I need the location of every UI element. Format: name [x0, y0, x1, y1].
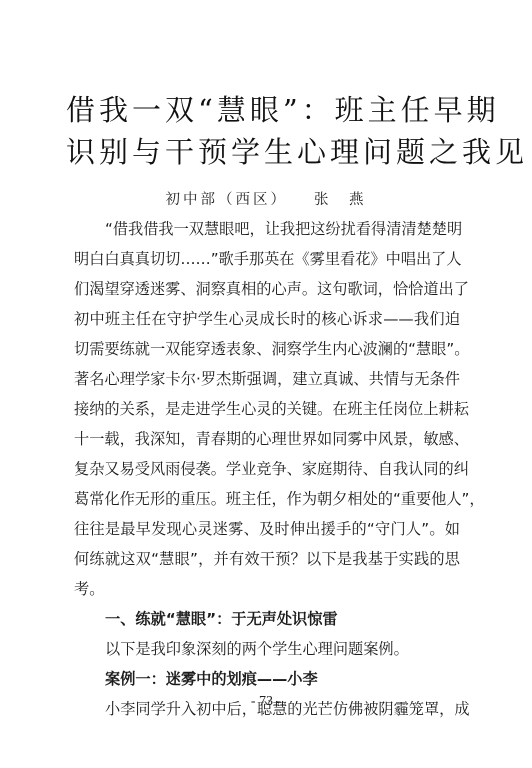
section-heading: 一、练就“慧眼”：于无声处识惊雷: [74, 604, 460, 634]
body-line: 切需要练就一双能穿透表象、洞察学生内心波澜的“慧眼”。: [74, 334, 460, 364]
body-line: “借我借我一双慧眼吧，让我把这纷扰看得清清楚楚明: [74, 214, 460, 244]
article-title-line-2: 识别与干预学生心理问题之我见: [66, 131, 466, 173]
body-line: 复杂又易受风雨侵袭。学业竞争、家庭期待、自我认同的纠: [74, 454, 460, 484]
body-line: 十一载，我深知，青春期的心理世界如同雾中风景，敏感、: [74, 424, 460, 454]
document-page: 借我一双“慧眼”：班主任早期 识别与干预学生心理问题之我见 初中部（西区）张 燕…: [0, 0, 532, 768]
body-line: 明白白真真切切……”歌手那英在《雾里看花》中唱出了人: [74, 244, 460, 274]
page-number: - 73 -: [0, 694, 532, 710]
body-line: 考。: [74, 574, 460, 604]
body-line: 何练就这双“慧眼”，并有效干预？以下是我基于实践的思: [74, 544, 460, 574]
byline: 初中部（西区）张 燕: [0, 188, 532, 209]
case-heading: 案例一：迷雾中的划痕——小李: [74, 664, 460, 694]
author-name: 张 燕: [314, 192, 367, 208]
body-line: 著名心理学家卡尔·罗杰斯强调，建立真诚、共情与无条件: [74, 364, 460, 394]
body-line: 们渴望穿透迷雾、洞察真相的心声。这句歌词，恰恰道出了: [74, 274, 460, 304]
body-line: 接纳的关系，是走进学生心灵的关键。在班主任岗位上耕耘: [74, 394, 460, 424]
body-line: 葛常化作无形的重压。班主任，作为朝夕相处的“重要他人”，: [74, 484, 460, 514]
body-line: 初中班主任在守护学生心灵成长时的核心诉求——我们迫: [74, 304, 460, 334]
article-title-line-1: 借我一双“慧眼”：班主任早期: [66, 89, 466, 131]
section-intro: 以下是我印象深刻的两个学生心理问题案例。: [74, 634, 460, 664]
author-department: 初中部（西区）: [166, 192, 289, 208]
body-line: 往往是最早发现心灵迷雾、及时伸出援手的“守门人”。如: [74, 514, 460, 544]
